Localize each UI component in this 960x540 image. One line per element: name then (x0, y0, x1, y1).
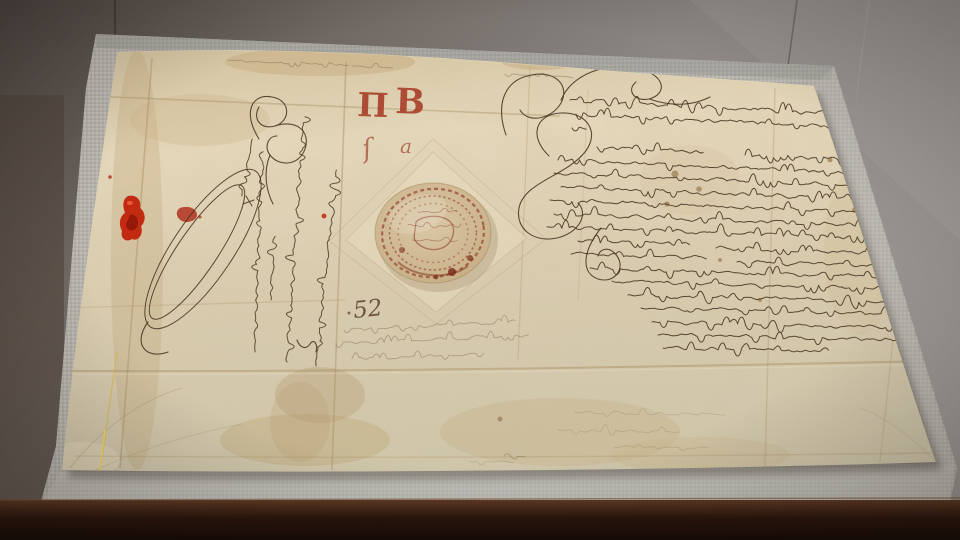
photo-vignette (0, 0, 960, 540)
scene: П В ſ a 52 (0, 0, 960, 540)
museum-photo: П В ſ a 52 (0, 0, 960, 540)
